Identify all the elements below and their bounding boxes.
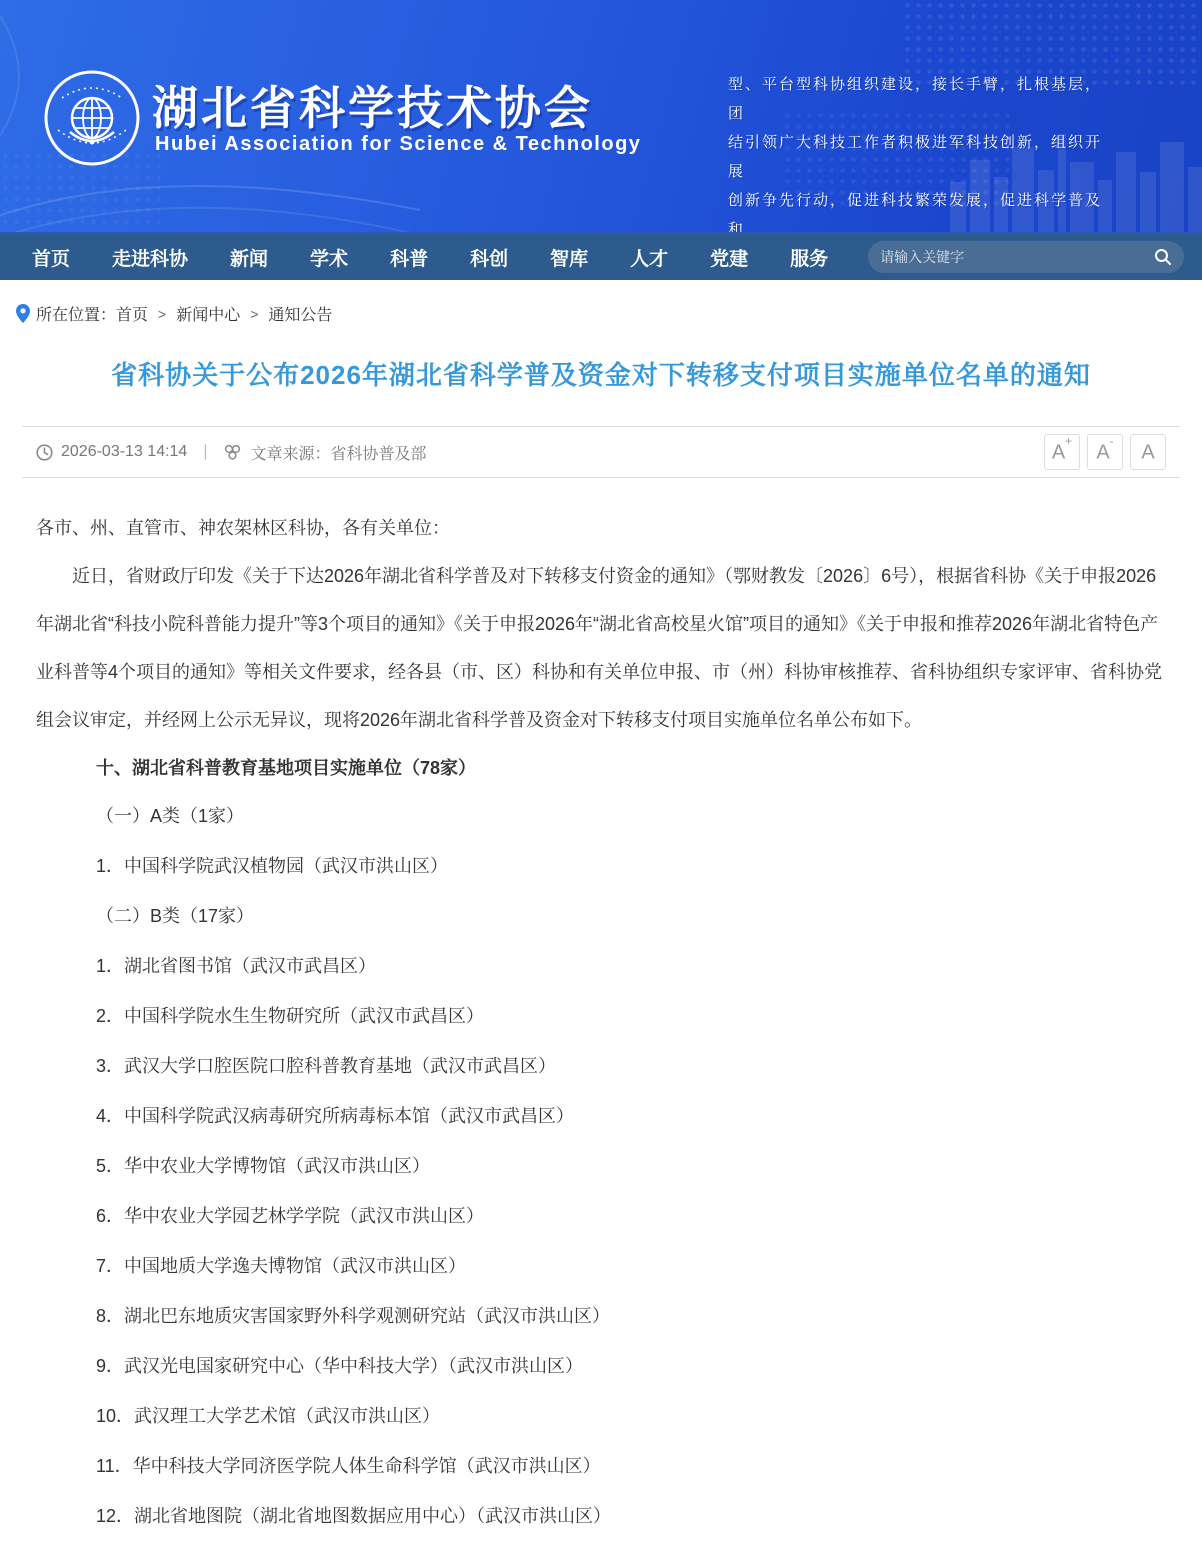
- site-header: 湖北省科学技术协会 Hubei Association for Science …: [0, 0, 1202, 232]
- breadcrumb-notices[interactable]: 通知公告: [268, 302, 332, 325]
- font-decrease-button[interactable]: A-: [1087, 434, 1123, 470]
- slogan-line: 创新争先行动，促进科技繁荣发展，促进科学普及和: [728, 186, 1103, 232]
- salutation: 各市、州、直管市、神农架林区科协，各有关单位：: [36, 504, 1166, 552]
- slogan-line: 型、平台型科协组织建设，接长手臂，扎根基层，团: [728, 70, 1103, 128]
- font-reset-button[interactable]: A: [1130, 434, 1166, 470]
- list-item: 1．中国科学院武汉植物园（武汉市洪山区）: [96, 842, 1166, 890]
- nav-item[interactable]: 新闻: [216, 244, 282, 271]
- subsection-a-heading: （一）A类（1家）: [96, 792, 1166, 840]
- list-item: 6．华中农业大学园艺林学学院（武汉市洪山区）: [96, 1192, 1166, 1240]
- list-item: 11．华中科技大学同济医学院人体生命科学馆（武汉市洪山区）: [96, 1442, 1166, 1490]
- body-paragraph: 近日，省财政厅印发《关于下达2026年湖北省科学普及对下转移支付资金的通知》（鄂…: [36, 552, 1166, 744]
- meta-separator: |: [203, 443, 207, 461]
- article-source: 文章来源：省科协普及部: [250, 441, 426, 464]
- source-cluster-icon: [223, 444, 242, 461]
- subsection-b-heading: （二）B类（17家）: [96, 892, 1166, 940]
- header-slogan: 型、平台型科协组织建设，接长手臂，扎根基层，团结引领广大科技工作者积极进军科技创…: [728, 70, 1103, 232]
- list-item: 12．湖北省地图院（湖北省地图数据应用中心）（武汉市洪山区）: [96, 1492, 1166, 1540]
- article-meta-bar: 2026-03-13 14:14 | 文章来源：省科协普及部 A+ A- A: [22, 426, 1180, 478]
- font-size-controls: A+ A- A: [1044, 434, 1166, 470]
- list-item: 10．武汉理工大学艺术馆（武汉市洪山区）: [96, 1392, 1166, 1440]
- search-icon: [1154, 248, 1172, 266]
- nav-item[interactable]: 首页: [18, 244, 84, 271]
- font-increase-button[interactable]: A+: [1044, 434, 1080, 470]
- site-title: 湖北省科学技术协会: [152, 72, 593, 138]
- nav-item[interactable]: 智库: [536, 244, 602, 271]
- breadcrumb-label: 所在位置：: [36, 302, 116, 325]
- section-heading: 十、湖北省科普教育基地项目实施单位（78家）: [96, 744, 1166, 792]
- cast-emblem-icon: [42, 68, 142, 168]
- article-content: 各市、州、直管市、神农架林区科协，各有关单位： 近日，省财政厅印发《关于下达20…: [22, 478, 1180, 1540]
- list-b: 1．湖北省图书馆（武汉市武昌区）2．中国科学院水生生物研究所（武汉市武昌区）3．…: [96, 942, 1166, 1540]
- search-input[interactable]: [880, 249, 1154, 265]
- list-item: 1．湖北省图书馆（武汉市武昌区）: [96, 942, 1166, 990]
- list-item: 5．华中农业大学博物馆（武汉市洪山区）: [96, 1142, 1166, 1190]
- search-box: [868, 241, 1184, 273]
- breadcrumb-home[interactable]: 首页: [116, 302, 148, 325]
- article-title: 省科协关于公布2026年湖北省科学普及资金对下转移支付项目实施单位名单的通知: [22, 355, 1180, 392]
- search-button[interactable]: [1154, 248, 1172, 266]
- breadcrumb: 所在位置： 首页 > 新闻中心 > 通知公告: [0, 280, 1202, 325]
- breadcrumb-separator: >: [250, 306, 258, 322]
- list-a: 1．中国科学院武汉植物园（武汉市洪山区）: [96, 842, 1166, 890]
- nav-item[interactable]: 科普: [376, 244, 442, 271]
- nav-item[interactable]: 学术: [296, 244, 362, 271]
- section-block: 十、湖北省科普教育基地项目实施单位（78家） （一）A类（1家） 1．中国科学院…: [96, 744, 1166, 1540]
- list-item: 4．中国科学院武汉病毒研究所病毒标本馆（武汉市武昌区）: [96, 1092, 1166, 1140]
- list-item: 9．武汉光电国家研究中心（华中科技大学）（武汉市洪山区）: [96, 1342, 1166, 1390]
- nav-item[interactable]: 服务: [776, 244, 842, 271]
- article-source-group: 文章来源：省科协普及部: [223, 441, 426, 464]
- nav-item[interactable]: 党建: [696, 244, 762, 271]
- list-item: 8．湖北巴东地质灾害国家野外科学观测研究站（武汉市洪山区）: [96, 1292, 1166, 1340]
- nav-item[interactable]: 科创: [456, 244, 522, 271]
- location-pin-icon: [16, 304, 30, 323]
- site-logo[interactable]: [42, 68, 142, 168]
- list-item: 2．中国科学院水生生物研究所（武汉市武昌区）: [96, 992, 1166, 1040]
- list-item: 7．中国地质大学逸夫博物馆（武汉市洪山区）: [96, 1242, 1166, 1290]
- list-item: 3．武汉大学口腔医院口腔科普教育基地（武汉市武昌区）: [96, 1042, 1166, 1090]
- clock-icon: [36, 444, 53, 461]
- nav-item[interactable]: 人才: [616, 244, 682, 271]
- article-date: 2026-03-13 14:14: [61, 443, 187, 461]
- breadcrumb-news-center[interactable]: 新闻中心: [176, 302, 240, 325]
- nav-item[interactable]: 走进科协: [98, 244, 202, 271]
- slogan-line: 结引领广大科技工作者积极进军科技创新，组织开展: [728, 128, 1103, 186]
- article-date-group: 2026-03-13 14:14: [36, 443, 187, 461]
- article: 省科协关于公布2026年湖北省科学普及资金对下转移支付项目实施单位名单的通知 2…: [0, 355, 1202, 1540]
- nav-items: 首页走进科协新闻学术科普科创智库人才党建服务: [18, 244, 856, 271]
- main-nav: 首页走进科协新闻学术科普科创智库人才党建服务: [0, 232, 1202, 280]
- breadcrumb-separator: >: [158, 306, 166, 322]
- site-subtitle: Hubei Association for Science & Technolo…: [155, 133, 641, 156]
